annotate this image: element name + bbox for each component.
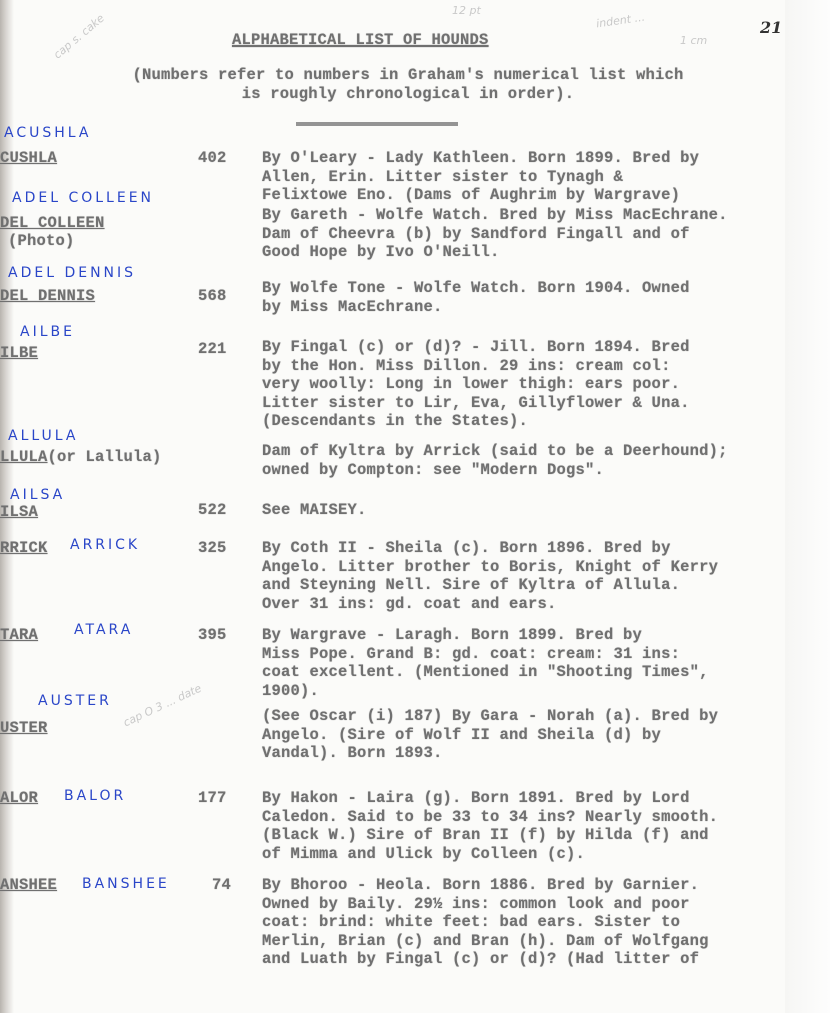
graham-number: 177 [198, 789, 238, 807]
entry-description: By Coth II - Sheila (c). Born 1896. Bred… [262, 539, 792, 613]
name-text: ALOR [0, 789, 38, 807]
name-text: ILSA [0, 503, 38, 521]
name-text: LLULA [0, 448, 48, 466]
entry-description: See MAISEY. [262, 501, 792, 520]
handwritten-name: ADEL COLLEEN [12, 190, 154, 206]
pencil-note-top-right-2: 1 cm [680, 34, 707, 47]
entry-description: Dam of Kyltra by Arrick (said to be a De… [262, 442, 792, 479]
graham-number: 395 [198, 626, 238, 644]
document-title: ALPHABETICAL LIST OF HOUNDS [232, 31, 489, 49]
handwritten-name: ARRICK [70, 537, 140, 553]
graham-number: 325 [198, 539, 238, 557]
pencil-note-top-left: cap s. cake [51, 12, 107, 62]
handwritten-name: AILSA [10, 487, 65, 503]
handwritten-name: AUSTER [38, 693, 112, 709]
name-text: DEL DENNIS [0, 287, 95, 305]
typed-name: CUSHLA [0, 149, 57, 167]
handwritten-name: ALLULA [8, 428, 78, 444]
name-text: CUSHLA [0, 149, 57, 167]
handwritten-name: AILBE [20, 324, 75, 340]
subtitle-line-1: (Numbers refer to numbers in Graham's nu… [88, 66, 728, 85]
typed-name: ILSA [0, 503, 38, 521]
title-divider [296, 122, 458, 126]
name-text: RRICK [0, 539, 48, 557]
graham-number: 221 [198, 340, 238, 358]
typed-name: RRICK [0, 539, 48, 557]
pencil-note-auster: cap O 3 ... date [121, 682, 203, 730]
typed-name: TARA [0, 626, 38, 644]
document-subtitle: (Numbers refer to numbers in Graham's nu… [88, 66, 728, 104]
entry-description: (See Oscar (i) 187) By Gara - Norah (a).… [262, 707, 792, 763]
entry-description: By Wargrave - Laragh. Born 1899. Bred by… [262, 626, 792, 700]
name-text: ILBE [0, 344, 38, 362]
handwritten-name: ATARA [74, 622, 133, 638]
typed-name: ALOR [0, 789, 38, 807]
name-text: TARA [0, 626, 38, 644]
pencil-note-top-right-1: indent ... [595, 11, 645, 31]
entry-description: By Fingal (c) or (d)? - Jill. Born 1894.… [262, 338, 792, 431]
handwritten-name: BANSHEE [82, 876, 170, 892]
entry-description: By Wolfe Tone - Wolfe Watch. Born 1904. … [262, 279, 792, 316]
name-text: DEL COLLEEN [0, 214, 105, 232]
entry-description: By Gareth - Wolfe Watch. Bred by Miss Ma… [262, 206, 792, 262]
graham-number: 402 [198, 149, 238, 167]
name-text: USTER [0, 719, 48, 737]
handwritten-name: ADEL DENNIS [8, 265, 136, 281]
typed-name: ANSHEE [0, 876, 57, 894]
name-text: ANSHEE [0, 876, 57, 894]
page-number: 21 [760, 18, 782, 37]
name-note: (Photo) [8, 232, 75, 250]
handwritten-name: ACUSHLA [4, 125, 91, 141]
typed-name: DEL COLLEEN [0, 214, 105, 232]
graham-number: 568 [198, 287, 238, 305]
typed-name: LLULA (or Lallula) [0, 448, 162, 466]
typed-name: DEL DENNIS [0, 287, 95, 305]
handwritten-name: BALOR [64, 788, 126, 804]
entry-description: By O'Leary - Lady Kathleen. Born 1899. B… [262, 149, 792, 205]
name-note: (or Lallula) [48, 448, 162, 466]
pencil-note-top-center: 12 pt [452, 4, 481, 17]
typed-name: USTER [0, 719, 48, 737]
graham-number: 74 [212, 876, 252, 894]
graham-number: 522 [198, 501, 238, 519]
subtitle-line-2: is roughly chronological in order). [88, 85, 728, 104]
typed-name: ILBE [0, 344, 38, 362]
entry-description: By Hakon - Laira (g). Born 1891. Bred by… [262, 789, 792, 863]
entry-description: By Bhoroo - Heola. Born 1886. Bred by Ga… [262, 876, 792, 969]
